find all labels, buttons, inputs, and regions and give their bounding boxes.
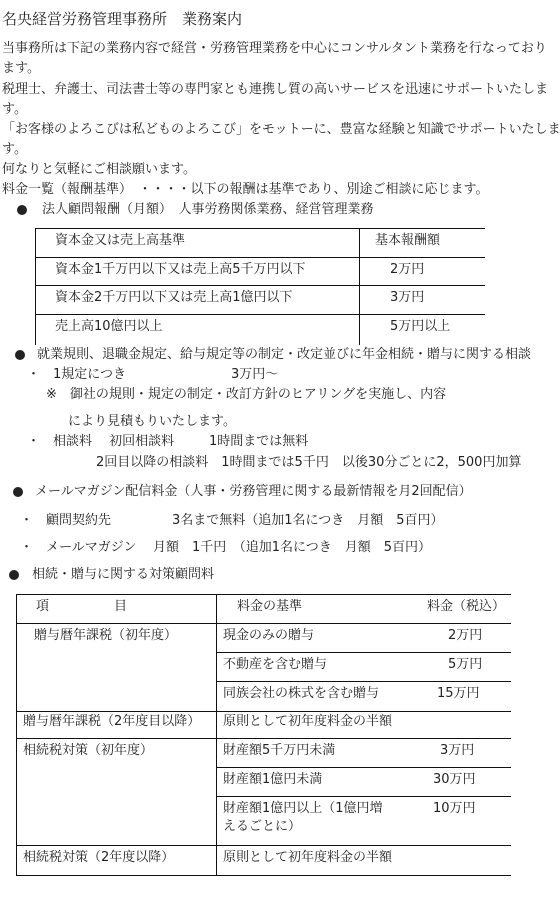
rules-note-line: ※ 御社の規則・規定の制定・改訂方針のヒアリングを実施し、内容	[46, 387, 446, 403]
fee-summary-line: 料金一覧（報酬基準） ・・・・以下の報酬は基準であり、別途ご相談に応じます。	[2, 182, 488, 198]
bullet-icon	[13, 487, 23, 497]
table-item-cell: 贈与暦年課税（2年度目以降）	[23, 714, 200, 730]
table-cell: 5万円以上	[390, 319, 450, 335]
section3-heading: メールマガジン配信料金（人事・労務管理に関する最新情報を月2回配信）	[35, 484, 472, 500]
table-cell: 同族会社の株式を含む贈与	[223, 686, 379, 702]
consult-fee-label: ・ 相談料 初回相談料	[27, 434, 174, 450]
section2-heading: 就業規則、退職金規定、給与規定等の制定・改定並びに年金相続・贈与に関する相談	[37, 347, 531, 363]
section1-heading: 法人顧問報酬（月額） 人事労務関係業務、経営管理業務	[42, 202, 374, 218]
intro-line: 何なりと気軽にご相談願います。	[2, 162, 196, 178]
table-cell: 資本金1千万円以下又は売上高5千万円以下	[55, 262, 306, 278]
table-cell: 5万円	[448, 657, 482, 673]
table-cell: 資本金2千万円以下又は売上高1億円以下	[55, 290, 293, 306]
table-cell: 原則として初年度料金の半額	[223, 850, 392, 866]
table-header-cell: 料金の基準	[237, 599, 302, 615]
bullet-icon	[15, 350, 25, 360]
table-header-cell: 項 目	[36, 599, 127, 615]
bullet-icon	[9, 570, 19, 580]
table-header-cell: 資本金又は売上高基準	[55, 233, 185, 249]
consult-fee-subsequent: 2回目以降の相談料 1時間までは5千円 以後30分ごとに2，500円加算	[96, 455, 521, 471]
table-item-cell: 贈与暦年課税（初年度）	[34, 628, 177, 644]
table-cell: 2万円	[390, 262, 424, 278]
consult-fee-first: 1時間までは無料	[209, 434, 308, 450]
rules-fee-value: 3万円～	[231, 367, 278, 383]
table-cell: 2万円	[448, 628, 482, 644]
rules-fee-label: ・ 1規定につき	[27, 367, 126, 383]
intro-line: 税理士、弁護士、司法書士等の専門家とも連携し質の高いサービスを迅速にサポートいた…	[2, 82, 548, 98]
newsletter-item-value: 月額 1千円 （追加1名につき 月額 5百円）	[153, 540, 431, 556]
table-cell: 財産額1億円以上（1億円増	[223, 801, 383, 817]
page-title: 名央経営労務管理事務所 業務案内	[2, 10, 242, 28]
bullet-icon	[17, 205, 27, 215]
table-cell: 財産額1億円未満	[223, 772, 322, 788]
table-cell: 3万円	[390, 290, 424, 306]
table-header-cell: 料金（税込）	[427, 599, 505, 615]
table-cell: えるごとに）	[223, 819, 301, 835]
section4-heading: 相続・贈与に関する対策顧問料	[32, 567, 214, 583]
table-cell: 30万円	[433, 772, 476, 788]
table-cell: 現金のみの贈与	[223, 628, 314, 644]
intro-line: 当事務所は下記の業務内容で経営・労務管理業務を中心にコンサルタント業務を行なって…	[2, 41, 547, 57]
table-cell: 10万円	[433, 801, 476, 817]
table-cell: 不動産を含む贈与	[223, 657, 327, 673]
intro-line: 「お客様のよろこびは私どものよろこび」をモットーに、豊富な経験と知識でサポートい…	[2, 122, 560, 138]
intro-line: す。	[2, 102, 27, 118]
newsletter-item-label: ・ メールマガジン	[20, 540, 136, 556]
table-item-cell: 相続税対策（2年度以降）	[23, 850, 174, 866]
table-cell: 15万円	[437, 686, 480, 702]
intro-line: ます。	[2, 61, 40, 77]
table-cell: 売上高10億円以上	[55, 319, 163, 335]
table-cell: 財産額5千万円未満	[223, 743, 335, 759]
newsletter-item-value: 3名まで無料（追加1名につき 月額 5百円）	[172, 513, 444, 529]
newsletter-item-label: ・ 顧問契約先	[20, 513, 111, 529]
table-cell: 原則として初年度料金の半額	[223, 714, 392, 730]
table-header-cell: 基本報酬額	[375, 233, 440, 249]
rules-note-line: により見積もりいたします。	[68, 414, 236, 430]
table-item-cell: 相続税対策（初年度）	[23, 743, 153, 759]
intro-line: す。	[2, 142, 27, 158]
table-cell: 3万円	[440, 743, 474, 759]
